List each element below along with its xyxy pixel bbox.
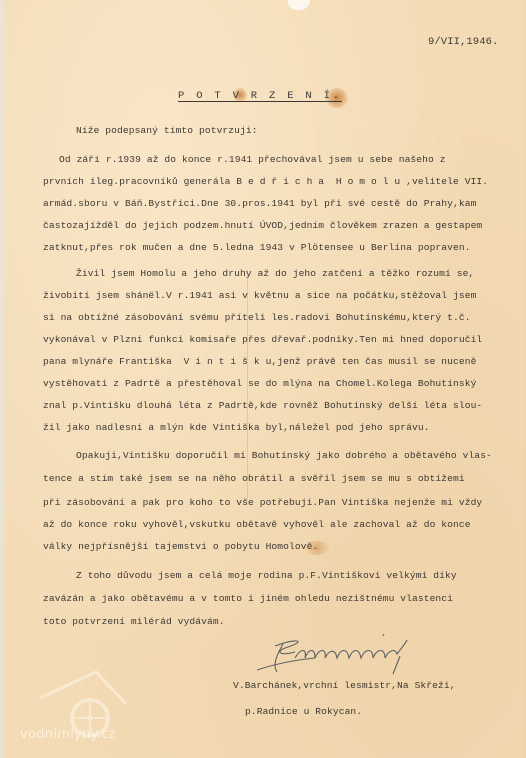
signatory-name: V.Barchánek,vrchní lesmistr,Na Skřeži, <box>233 680 456 692</box>
text-line: si na obtížné zásobování svému příteli l… <box>43 312 471 324</box>
text-line: zavázán a jako obětavému a v tomto i jin… <box>43 593 453 605</box>
watermark-text: vodnimlyny.cz <box>20 727 116 742</box>
text-line: Opakuji,Vintišku doporučil mi Bohutínský… <box>76 450 492 462</box>
paper-edge <box>0 0 8 758</box>
text-line: Živil jsem Homolu a jeho druhy až do jeh… <box>76 268 474 280</box>
document-date: 9/VII,1946. <box>428 36 498 48</box>
signatory-address: p.Radnice u Rokycan. <box>245 706 362 718</box>
text-line: Níže podepsaný tímto potvrzuji: <box>76 125 258 137</box>
text-line: živobití jsem shánël.V r.1941 asi v květ… <box>43 290 476 302</box>
handwritten-signature <box>255 634 487 676</box>
text-line: vykonával v Plzni funkci komisaře přes d… <box>43 334 482 346</box>
text-line: vystěhovati z Padrtě a přestěhoval se do… <box>43 378 476 390</box>
text-line: zatknut,přes rok mučen a dne 5.ledna 194… <box>43 242 471 254</box>
text-line: prvních ileg.pracovníků generála B e d ř… <box>43 176 488 188</box>
text-line: častozajížděl do jejich podzem.hnutí ÚVO… <box>43 220 482 232</box>
text-line: znal p.Vintišku dlouhá léta z Padrtě,kde… <box>43 400 482 412</box>
text-line: žil jako nadlesní a mlýn kde Vintiška by… <box>43 422 430 434</box>
text-line: až do konce roku vyhověl,vskutku obětavě… <box>43 519 471 531</box>
text-line: toto potvrzení milérád vydávám. <box>43 616 225 628</box>
text-line: tence a stím také jsem se na něho obráti… <box>43 473 465 485</box>
text-line: pana mlynáře Františka V i n t i š k u,j… <box>43 356 476 368</box>
text-line: Od září r.1939 až do konce r.1941 přecho… <box>59 154 446 166</box>
text-line: války nejpřísnější tajemství o pobytu Ho… <box>43 541 318 553</box>
text-line: armád.sboru v Báň.Bystřici.Dne 30.pros.1… <box>43 198 476 210</box>
text-line: při zásobování a pak pro koho to vše pot… <box>43 497 482 509</box>
text-line: Z toho důvodu jsem a celá moje rodina p.… <box>76 570 457 582</box>
document-title: P O T V R Z E N Í. <box>178 90 342 102</box>
